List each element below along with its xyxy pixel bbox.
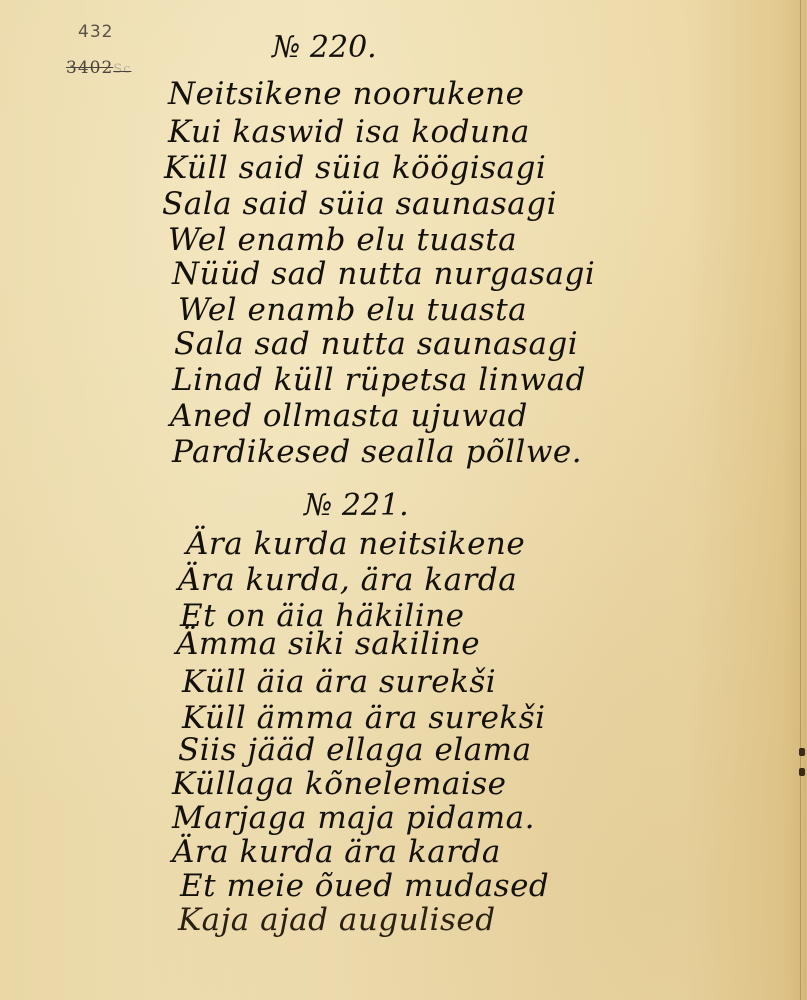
verse-line: Neitsikene noorukene [168,76,524,112]
binding-mark [799,768,805,776]
verse-line: Siis jääd ellaga elama [178,732,532,768]
verse-line: Sala said süia saunasagi [162,186,557,222]
verse-line: Wel enamb elu tuasta [178,292,527,328]
song-number-220: № 220. [272,30,377,65]
manuscript-page: 432 3402Sc № 220. Neitsikene noorukene K… [0,0,807,1000]
song-number-221: № 221. [304,488,409,523]
verse-line: Küll äia ära surekši [182,664,496,700]
verse-line: Marjaga maja pidama. [172,800,535,836]
verse-line: Ära kurda neitsikene [186,526,525,562]
archive-number-struck: 3402Sc [66,58,131,78]
verse-line: Kui kaswid isa koduna [168,114,530,150]
verse-line: Küll said süia köögisagi [164,150,546,186]
archive-number-previous: 3402 [66,58,113,78]
verse-line: Küllaga kõnelemaise [172,766,507,802]
verse-line: Kaja ajad augulised [178,902,496,938]
binding-mark [799,748,805,756]
verse-line: Küll ämma ära surekši [182,700,546,736]
verse-line: Ämma siki sakiline [176,626,480,662]
verse-line: Linad küll rüpetsa linwad [172,362,586,398]
verse-line: Ära kurda ära karda [172,834,501,870]
verse-line: Et meie õued mudased [180,868,549,904]
verse-line: Pardikesed sealla põllwe. [172,434,582,470]
archive-number: 432 [78,22,113,42]
verse-line: Sala sad nutta saunasagi [174,326,578,362]
verse-line: Ära kurda, ära karda [178,562,517,598]
archive-number-faded-suffix: Sc [113,62,131,77]
verse-line: Aned ollmasta ujuwad [170,398,528,434]
verse-line: Nüüd sad nutta nurgasagi [172,256,595,292]
verse-line: Wel enamb elu tuasta [168,222,517,258]
page-edge-line [800,0,801,1000]
